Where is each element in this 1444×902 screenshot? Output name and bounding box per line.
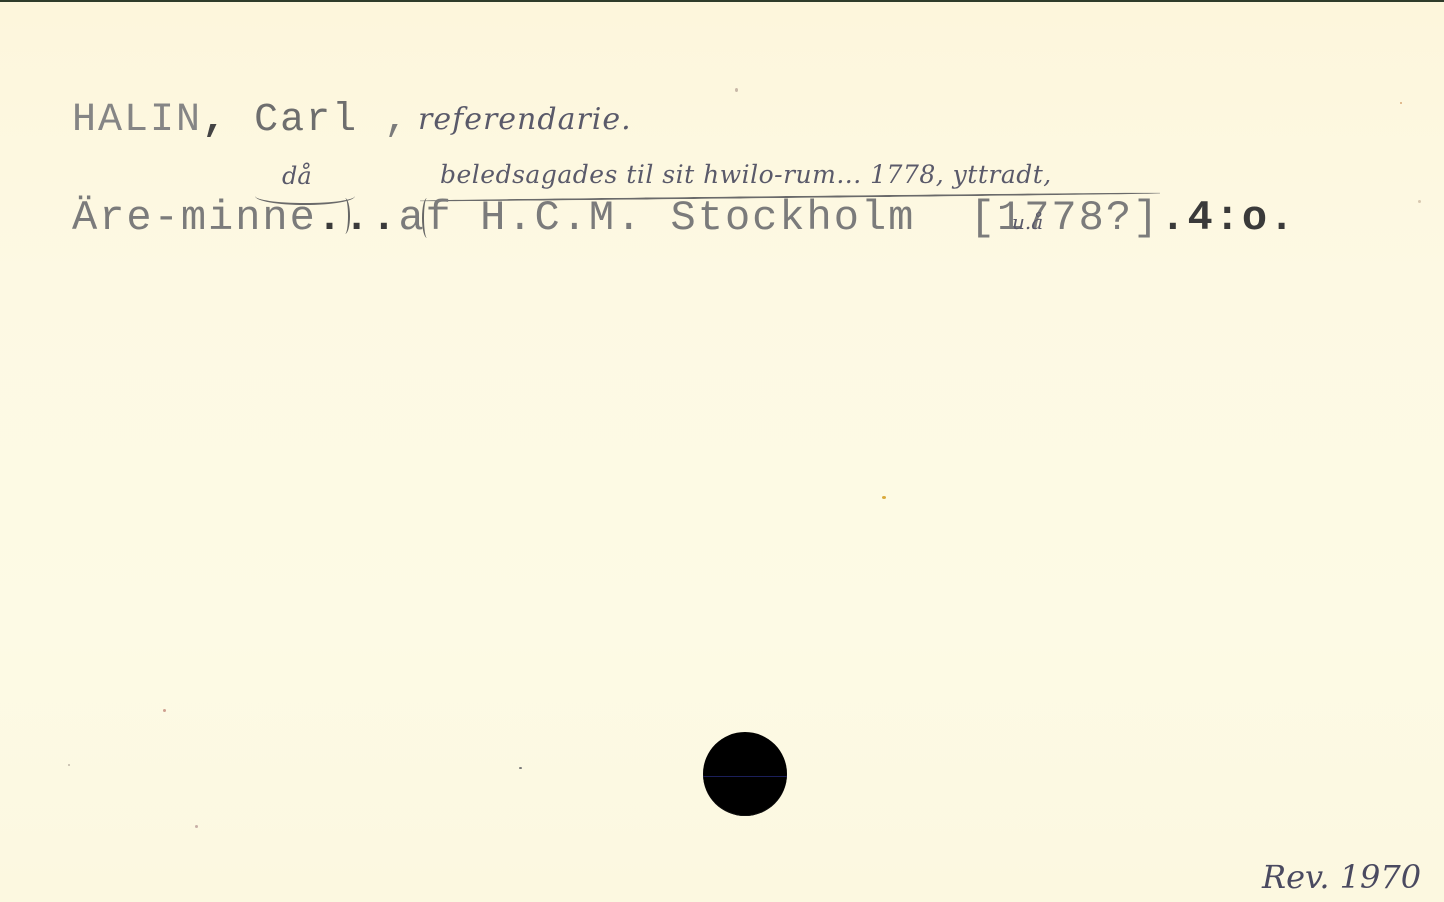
entry-ellipsis: ... bbox=[317, 194, 399, 242]
paper-speck bbox=[1400, 102, 1402, 104]
bracket-mark-close bbox=[340, 198, 350, 234]
paper-speck bbox=[882, 496, 886, 499]
handwritten-place-note: u.å bbox=[1012, 210, 1043, 234]
surname: HALIN bbox=[72, 98, 202, 143]
paper-speck bbox=[68, 764, 70, 766]
catalog-card: HALIN, Carl , referendarie. då beledsaga… bbox=[0, 0, 1444, 902]
paper-speck bbox=[519, 767, 522, 769]
format: .4:o. bbox=[1160, 194, 1296, 242]
author-statement: af H.C.M. bbox=[398, 194, 643, 242]
heading-separator: , bbox=[202, 98, 228, 143]
paper-speck bbox=[1418, 200, 1421, 203]
heading-separator-2: , bbox=[384, 98, 410, 143]
revision-note: Rev. 1970 bbox=[1262, 858, 1421, 896]
paper-speck bbox=[195, 825, 198, 828]
handwritten-title-annotation: referendarie. bbox=[418, 102, 632, 137]
given-name: Carl bbox=[254, 98, 358, 143]
entry-line: Äre-minne...af H.C.M. Stockholm [1778?].… bbox=[72, 194, 1296, 242]
punch-hole bbox=[703, 732, 787, 816]
publication-date: [1778?] bbox=[970, 194, 1160, 242]
handwritten-insert-da: då bbox=[282, 162, 312, 190]
bracket-mark-open bbox=[422, 198, 432, 238]
handwritten-insert-title-continuation: beledsagades til sit hwilo-rum... 1778, … bbox=[440, 160, 1052, 189]
entry-title: Äre-minne bbox=[72, 194, 317, 242]
publication-place: Stockholm bbox=[671, 194, 916, 242]
paper-speck bbox=[163, 709, 166, 712]
paper-speck bbox=[735, 88, 738, 92]
heading-line: HALIN, Carl , bbox=[72, 98, 410, 143]
